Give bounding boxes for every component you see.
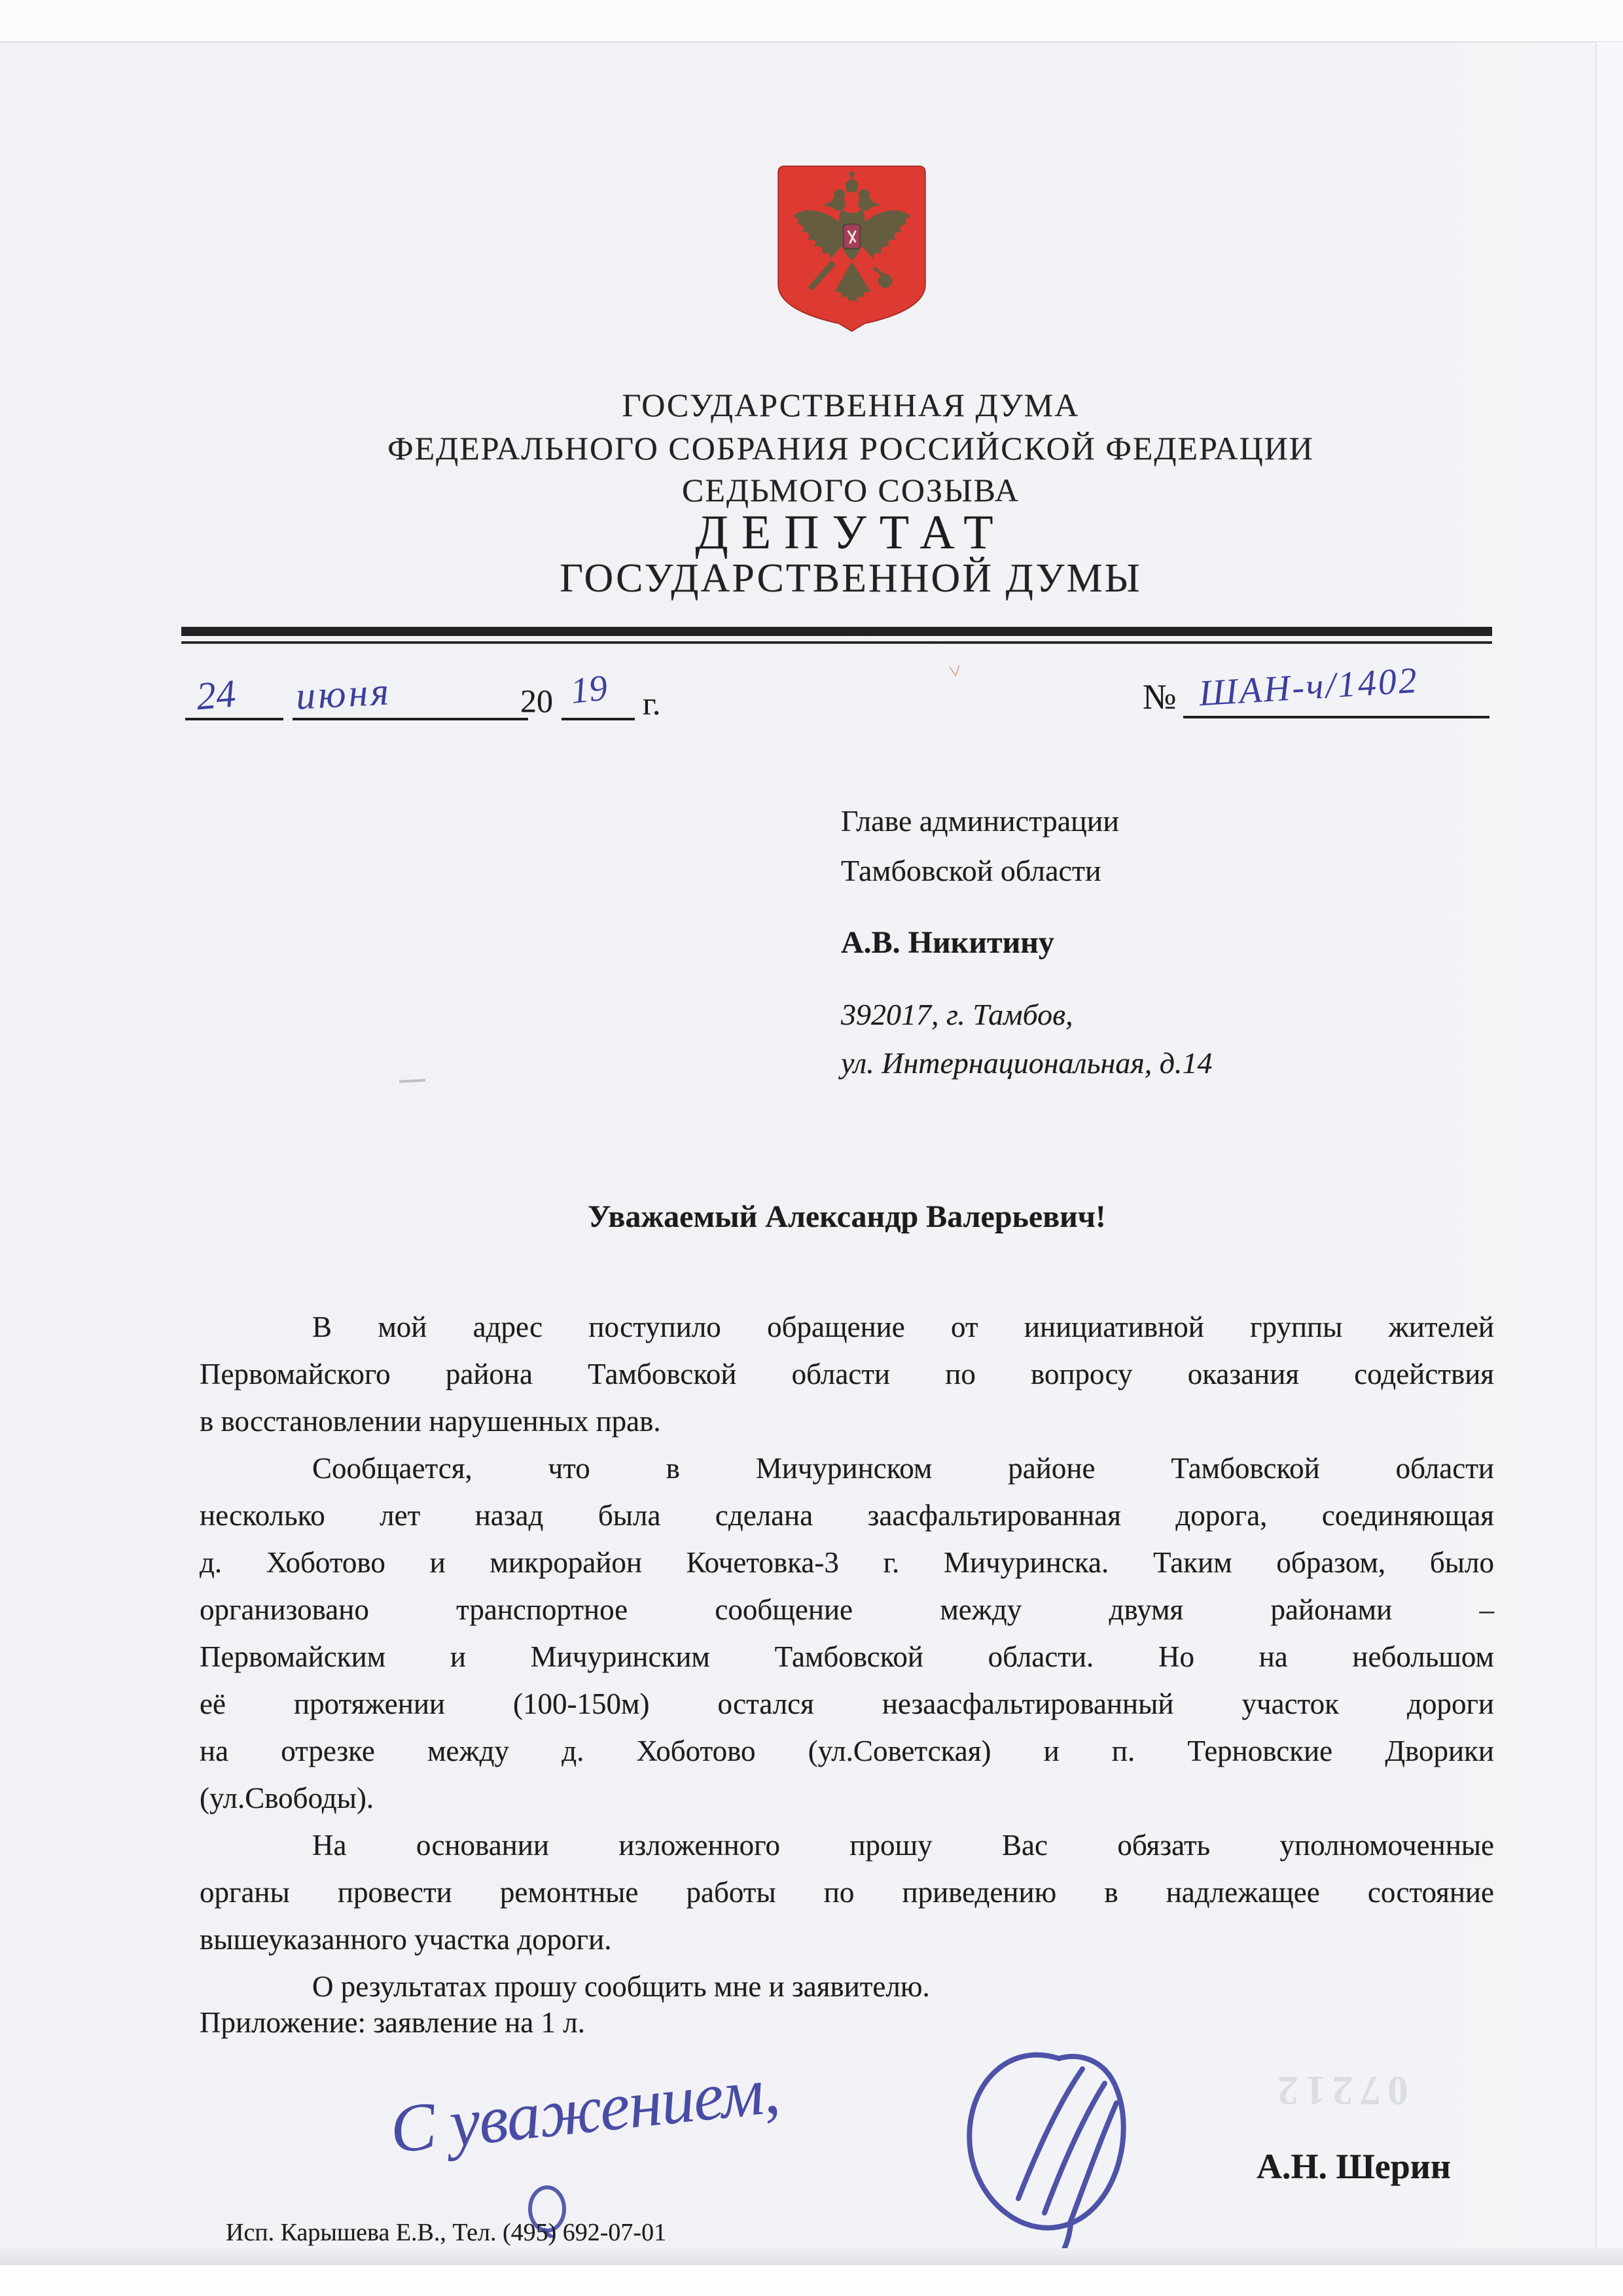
body-line: органы провести ремонтные работы по прив… [200,1869,1494,1916]
scan-edge-line [0,41,1623,43]
body-line: (ул.Свободы). [200,1775,1494,1822]
ghost-stamp-number: 07212 [1271,2066,1408,2115]
paper-fold-line [1596,42,1597,2250]
handwritten-month: июня [294,669,392,719]
body-line: О результатах прошу сообщить мне и заяви… [200,1963,1494,2010]
post-title-line2: ГОСУДАРСТВЕННОЙ ДУМЫ [79,557,1623,599]
body-line: на отрезке между д. Хоботово (ул.Советск… [200,1727,1494,1775]
recipient-name: А.В. Никитину [841,927,1054,959]
body-line: Сообщается, что в Мичуринском районе Там… [200,1445,1494,1492]
body-text: В мой адрес поступило обращение от иници… [200,1303,1494,2010]
org-name-line3: СЕДЬМОГО СОЗЫВА [79,472,1623,508]
coat-of-arms-icon [774,164,929,335]
body-line: несколько лет назад была сделана заасфал… [200,1492,1494,1539]
date-year-underline [562,718,635,720]
paper-bottom-edge [0,2248,1623,2265]
body-line: в восстановлении нарушенных прав. [200,1398,1494,1445]
post-title-line1: ДЕПУТАТ [79,508,1623,557]
signer-name: А.Н. Шерин [1257,2146,1451,2187]
year-suffix: г. [643,684,660,722]
executor-line: Исп. Карышева Е.В., Тел. (495) 692-07-01 [226,2218,666,2247]
date-day-underline [185,718,283,720]
number-sign: № [1143,677,1177,717]
handwritten-year: 19 [569,667,609,713]
paper-right-strip [1597,42,1623,2250]
org-name-line1: ГОСУДАРСТВЕННАЯ ДУМА [79,387,1623,423]
attachment-line: Приложение: заявление на 1 л. [200,2005,585,2040]
org-name-line2: ФЕДЕРАЛЬНОГО СОБРАНИЯ РОССИЙСКОЙ ФЕДЕРАЦ… [79,431,1623,466]
body-line: д. Хоботово и микрорайон Кочетовка-3 г. … [200,1539,1494,1586]
recipient-title-line2: Тамбовской области [841,855,1101,887]
recipient-address-line1: 392017, г. Тамбов, [841,998,1073,1031]
body-line: её протяжении (100-150м) остался незаасф… [200,1680,1494,1727]
body-line: На основании изложенного прошу Вас обяза… [200,1822,1494,1869]
body-line: Первомайского района Тамбовской области … [200,1351,1494,1398]
letterhead-rule-thick [181,627,1492,636]
handwritten-day: 24 [194,671,238,720]
number-underline [1183,716,1489,718]
scanner-background [0,2265,1623,2296]
letterhead-rule-thin [181,641,1492,644]
body-line: В мой адрес поступило обращение от иници… [200,1303,1494,1351]
salutation: Уважаемый Александр Валерьевич! [200,1199,1494,1235]
recipient-title-line1: Главе администрации [841,805,1119,838]
date-month-underline [293,718,528,720]
recipient-address-line2: ул. Интернациональная, д.14 [841,1047,1213,1080]
body-line: организовано транспортное сообщение межд… [200,1586,1494,1633]
body-line: вышеуказанного участка дороги. [200,1916,1494,1963]
body-line: Первомайским и Мичуринским Тамбовской об… [200,1633,1494,1680]
scanned-letter-page: ГОСУДАРСТВЕННАЯ ДУМА ФЕДЕРАЛЬНОГО СОБРАН… [0,0,1623,2296]
printed-century: 20 [520,682,553,720]
